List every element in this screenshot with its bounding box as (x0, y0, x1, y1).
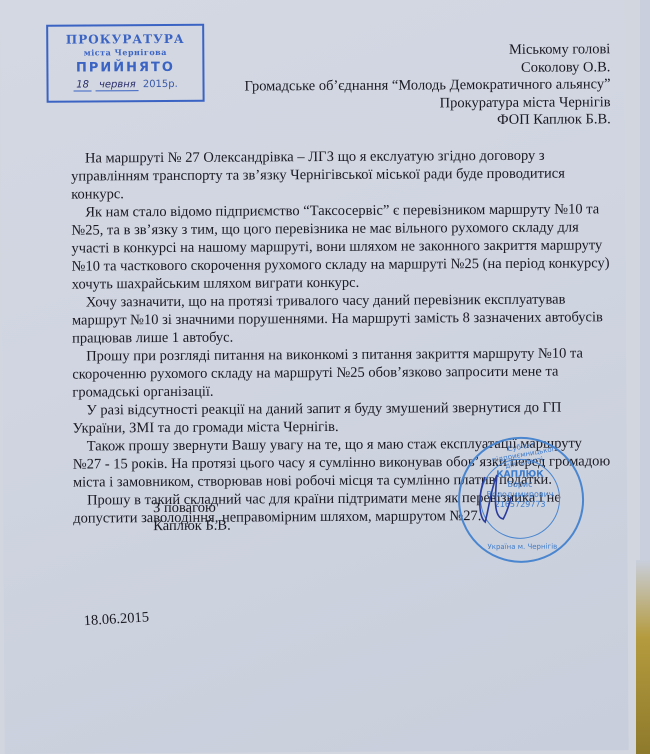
stamp-date: 18 червня 2015р. (48, 79, 202, 92)
stamp-date-day: 18 (73, 79, 92, 91)
closing-block: З повагою Каплюк Б.В. (153, 499, 231, 535)
body-paragraph: Хочу зазначити, що на протязі тривалого … (72, 290, 612, 347)
stamp-date-month: червня (96, 79, 139, 91)
prosecutor-received-stamp: ПРОКУРАТУРА міста Чернігова ПРИЙНЯТО 18 … (46, 24, 204, 103)
body-paragraph: Як нам стало відомо підприємство “Таксос… (71, 200, 612, 293)
addressee-line: Прокуратура міста Чернігів (245, 94, 611, 114)
stamp-accepted: ПРИЙНЯТО (48, 60, 202, 76)
body-paragraph: На маршруті № 27 Олександрівка – ЛГЗ що … (71, 146, 611, 203)
body-paragraph: У разі відсутності реакції на даний запи… (72, 398, 612, 437)
signature-icon (473, 467, 513, 527)
addressee-line: Соколову О.В. (244, 59, 610, 79)
addressee-line: Міському голові (244, 41, 610, 61)
stamp-city: міста Чернігова (48, 47, 202, 58)
document-page: ПРОКУРАТУРА міста Чернігова ПРИЙНЯТО 18 … (0, 0, 629, 754)
letter-date: 18.06.2015 (83, 609, 149, 630)
addressee-line: Громадське об’єднання “Молодь Демократич… (244, 76, 610, 96)
stamp-org: ПРОКУРАТУРА (48, 32, 202, 47)
addressee-block: Міському голові Соколову О.В. Громадське… (244, 41, 611, 131)
addressee-line: ФОП Каплюк Б.В. (245, 111, 611, 131)
stamp-date-year: 2015р. (143, 79, 178, 91)
desk-surface (636, 560, 650, 754)
closing-name: Каплюк Б.В. (153, 517, 231, 535)
closing-regards: З повагою (153, 499, 231, 517)
seal-ring-bottom-text: Україна м. Чернігів (480, 543, 564, 552)
body-paragraph: Прошу при розгляді питання на виконкомі … (72, 344, 612, 401)
